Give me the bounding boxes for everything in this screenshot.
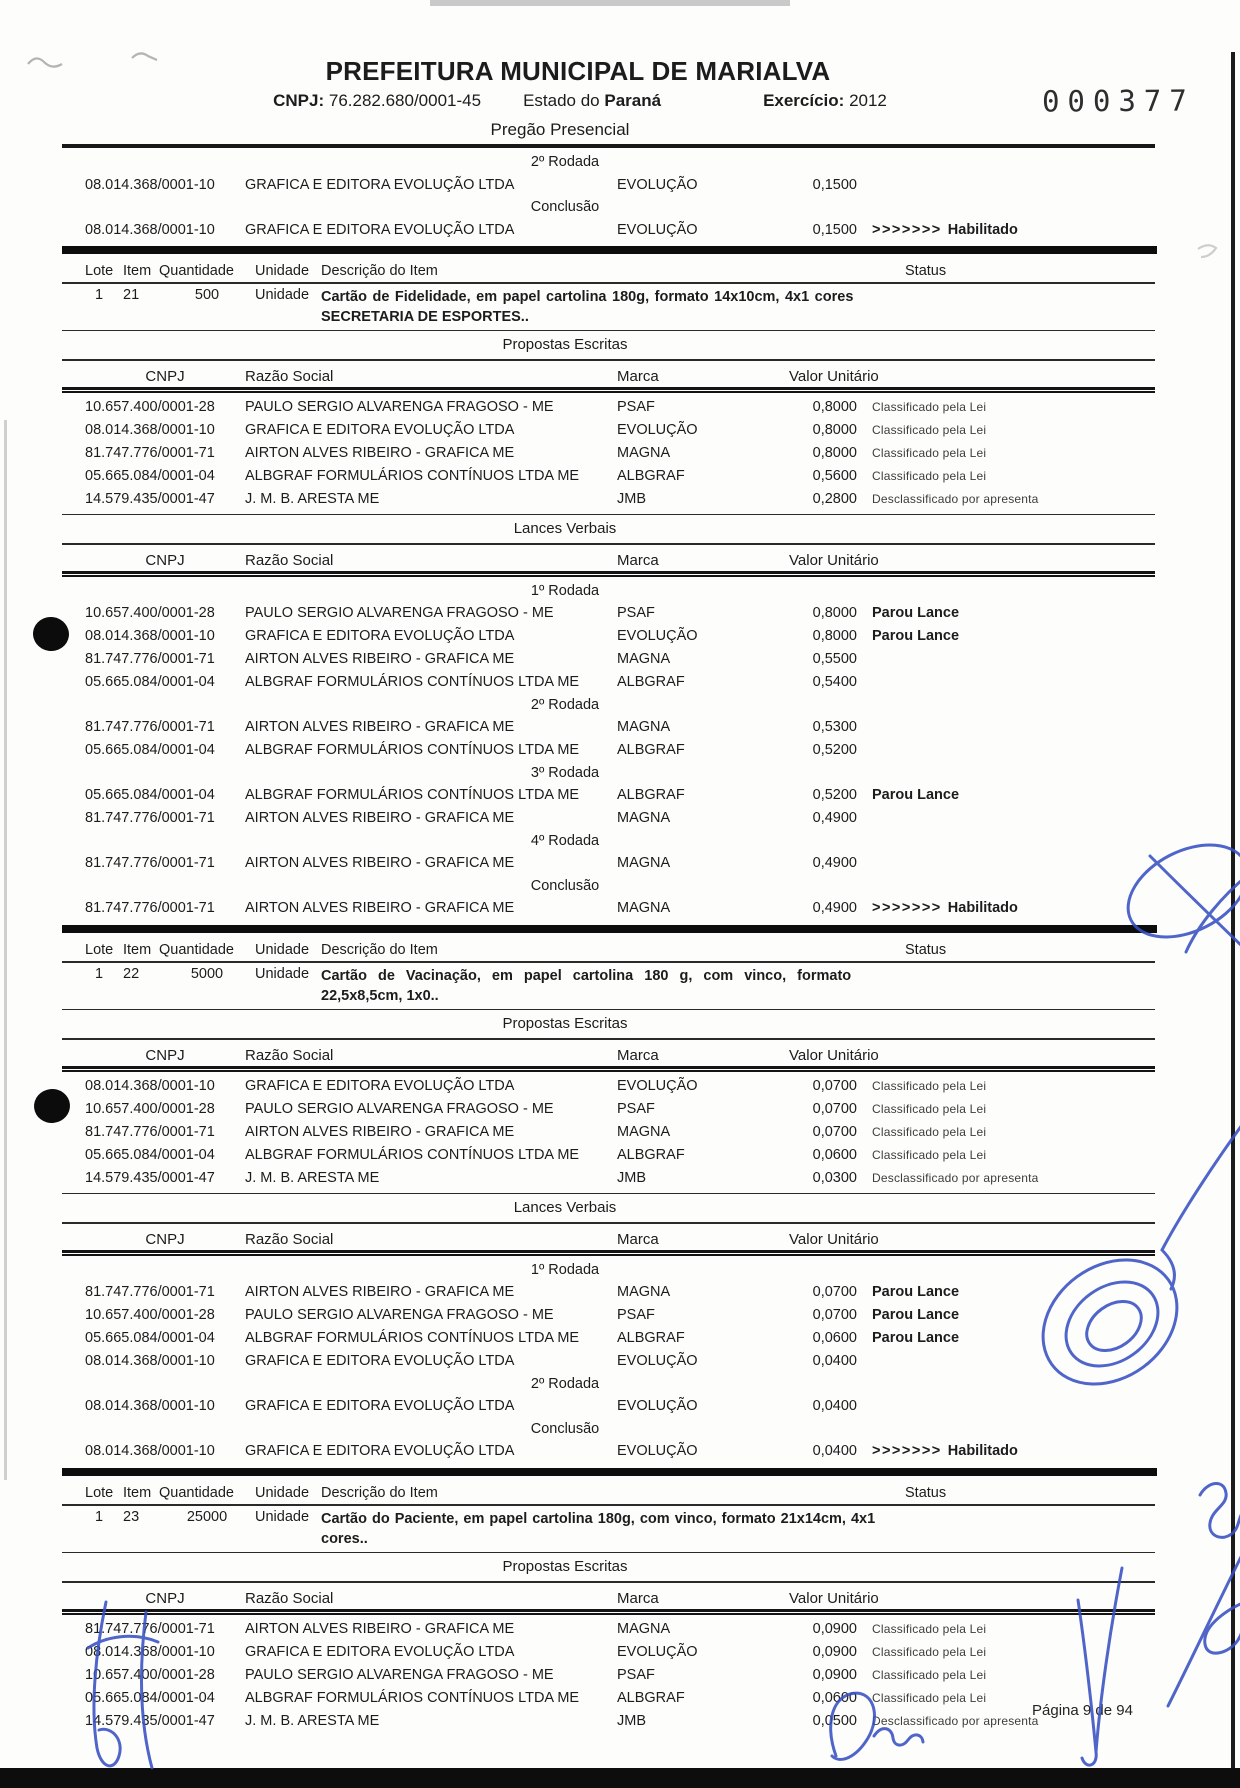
section-label-propostas-escritas: Propostas Escritas bbox=[85, 1013, 1045, 1035]
bid-table-header: CNPJ Razão Social Marca Valor Unitário bbox=[85, 1586, 1155, 1607]
rule bbox=[62, 514, 1155, 516]
document-content: PREFEITURA MUNICIPAL DE MARIALVA CNPJ: 7… bbox=[0, 0, 1240, 1733]
col-header-quantidade: Quantidade bbox=[159, 263, 255, 279]
bid-company-name: PAULO SERGIO ALVARENGA FRAGOSO - ME bbox=[245, 605, 617, 621]
bid-unit-value: 0,0600 bbox=[789, 1330, 857, 1346]
item-description-line: cores.. bbox=[321, 1529, 1155, 1549]
col-header-cnpj: CNPJ bbox=[85, 552, 245, 569]
round-label: 2º Rodada bbox=[85, 694, 1045, 716]
status-classification: Classificado pela Lei bbox=[872, 1668, 986, 1682]
col-header-marca: Marca bbox=[617, 368, 789, 385]
bid-row: 05.665.084/0001-04 ALBGRAF FORMULÁRIOS C… bbox=[85, 1687, 1155, 1710]
bid-status: Classificado pela Lei bbox=[872, 1667, 986, 1683]
col-header-item: Item bbox=[123, 263, 159, 279]
bid-brand: EVOLUÇÃO bbox=[617, 422, 789, 438]
round-label: 2º Rodada bbox=[85, 1373, 1045, 1395]
bid-row: 05.665.084/0001-04 ALBGRAF FORMULÁRIOS C… bbox=[85, 465, 1155, 488]
bid-unit-value: 0,1500 bbox=[789, 177, 857, 193]
bid-company-name: ALBGRAF FORMULÁRIOS CONTÍNUOS LTDA ME bbox=[245, 468, 617, 484]
bid-brand: EVOLUÇÃO bbox=[617, 1443, 789, 1459]
item-description: Cartão de Fidelidade, em papel cartolina… bbox=[321, 287, 1155, 327]
bid-unit-value: 0,0700 bbox=[789, 1101, 857, 1117]
bid-cnpj: 08.014.368/0001-10 bbox=[85, 422, 245, 438]
bid-row: 08.014.368/0001-10 GRAFICA E EDITORA EVO… bbox=[85, 1075, 1155, 1098]
bid-cnpj: 05.665.084/0001-04 bbox=[85, 1330, 245, 1346]
bid-row: 08.014.368/0001-10 GRAFICA E EDITORA EVO… bbox=[85, 1350, 1155, 1373]
status-parou-lance: Parou Lance bbox=[872, 605, 959, 621]
status-habilitado: Habilitado bbox=[948, 1443, 1018, 1459]
bid-status: Desclassificado por apresenta bbox=[872, 1170, 1039, 1186]
bid-status: Classificado pela Lei bbox=[872, 1147, 986, 1163]
header-info-line: CNPJ: 76.282.680/0001-45 Estado do Paran… bbox=[45, 91, 1115, 111]
rule bbox=[62, 1038, 1155, 1040]
section-divider bbox=[62, 1468, 1157, 1476]
col-header-item: Item bbox=[123, 1485, 159, 1501]
bid-cnpj: 14.579.435/0001-47 bbox=[85, 1713, 245, 1729]
bid-brand: EVOLUÇÃO bbox=[617, 1078, 789, 1094]
status-parou-lance: Parou Lance bbox=[872, 787, 959, 803]
bid-cnpj: 81.747.776/0001-71 bbox=[85, 810, 245, 826]
bid-cnpj: 08.014.368/0001-10 bbox=[85, 1644, 245, 1660]
item-table-header: Lote Item Quantidade Unidade Descrição d… bbox=[85, 259, 1155, 279]
bid-row: 10.657.400/0001-28 PAULO SERGIO ALVARENG… bbox=[85, 396, 1155, 419]
bid-cnpj: 08.014.368/0001-10 bbox=[85, 222, 245, 238]
bid-company-name: AIRTON ALVES RIBEIRO - GRAFICA ME bbox=[245, 1621, 617, 1637]
bid-table-header: CNPJ Razão Social Marca Valor Unitário bbox=[85, 1043, 1155, 1064]
double-rule bbox=[62, 387, 1155, 393]
bid-brand: MAGNA bbox=[617, 1621, 789, 1637]
bid-status: Parou Lance bbox=[872, 1284, 959, 1300]
bid-status: Classificado pela Lei bbox=[872, 1621, 986, 1637]
col-header-cnpj: CNPJ bbox=[85, 1590, 245, 1607]
bid-unit-value: 0,8000 bbox=[789, 605, 857, 621]
bid-unit-value: 0,0400 bbox=[789, 1443, 857, 1459]
bid-brand: ALBGRAF bbox=[617, 742, 789, 758]
item-unit: Unidade bbox=[255, 1509, 321, 1549]
bid-company-name: J. M. B. ARESTA ME bbox=[245, 491, 617, 507]
item-description: Cartão do Paciente, em papel cartolina 1… bbox=[321, 1509, 1155, 1549]
bid-row: 81.747.776/0001-71 AIRTON ALVES RIBEIRO … bbox=[85, 716, 1155, 739]
col-header-lote: Lote bbox=[85, 263, 123, 279]
status-parou-lance: Parou Lance bbox=[872, 628, 959, 644]
bid-unit-value: 0,0400 bbox=[789, 1353, 857, 1369]
col-header-razao-social: Razão Social bbox=[245, 1590, 617, 1607]
bid-company-name: GRAFICA E EDITORA EVOLUÇÃO LTDA bbox=[245, 177, 617, 193]
bid-status: Classificado pela Lei bbox=[872, 422, 986, 438]
item-quantity: 5000 bbox=[159, 966, 255, 1006]
bid-status: Classificado pela Lei bbox=[872, 399, 986, 415]
bid-unit-value: 0,1500 bbox=[789, 222, 857, 238]
scanned-document-page: PREFEITURA MUNICIPAL DE MARIALVA CNPJ: 7… bbox=[0, 0, 1240, 1788]
status-arrows: >>>>>>> bbox=[872, 900, 942, 916]
exercicio-field: Exercício: 2012 bbox=[763, 91, 887, 111]
double-rule bbox=[62, 1066, 1155, 1072]
bid-company-name: GRAFICA E EDITORA EVOLUÇÃO LTDA bbox=[245, 628, 617, 644]
section-divider bbox=[62, 246, 1157, 254]
bid-row: 14.579.435/0001-47 J. M. B. ARESTA ME JM… bbox=[85, 488, 1155, 511]
bid-company-name: ALBGRAF FORMULÁRIOS CONTÍNUOS LTDA ME bbox=[245, 1330, 617, 1346]
bid-cnpj: 10.657.400/0001-28 bbox=[85, 1101, 245, 1117]
rule bbox=[62, 1193, 1155, 1195]
bid-brand: ALBGRAF bbox=[617, 1330, 789, 1346]
bid-company-name: GRAFICA E EDITORA EVOLUÇÃO LTDA bbox=[245, 1078, 617, 1094]
item-unit: Unidade bbox=[255, 287, 321, 327]
item-block: Lote Item Quantidade Unidade Descrição d… bbox=[85, 246, 1155, 920]
bid-company-name: PAULO SERGIO ALVARENGA FRAGOSO - ME bbox=[245, 1667, 617, 1683]
section-divider bbox=[62, 925, 1157, 933]
round-label: Conclusão bbox=[85, 875, 1045, 897]
cnpj-field: CNPJ: 76.282.680/0001-45 bbox=[273, 91, 481, 111]
bid-row: 81.747.776/0001-71 AIRTON ALVES RIBEIRO … bbox=[85, 897, 1155, 920]
bid-brand: ALBGRAF bbox=[617, 787, 789, 803]
col-header-razao-social: Razão Social bbox=[245, 1047, 617, 1064]
bid-cnpj: 81.747.776/0001-71 bbox=[85, 855, 245, 871]
col-header-marca: Marca bbox=[617, 1047, 789, 1064]
bid-brand: PSAF bbox=[617, 1101, 789, 1117]
bid-unit-value: 0,5300 bbox=[789, 719, 857, 735]
col-header-razao-social: Razão Social bbox=[245, 368, 617, 385]
col-header-unidade: Unidade bbox=[255, 263, 321, 279]
bid-unit-value: 0,0600 bbox=[789, 1147, 857, 1163]
status-classification: Classificado pela Lei bbox=[872, 1622, 986, 1636]
bid-company-name: GRAFICA E EDITORA EVOLUÇÃO LTDA bbox=[245, 1443, 617, 1459]
bid-brand: EVOLUÇÃO bbox=[617, 1398, 789, 1414]
bid-company-name: GRAFICA E EDITORA EVOLUÇÃO LTDA bbox=[245, 222, 617, 238]
status-habilitado: Habilitado bbox=[948, 900, 1018, 916]
status-classification: Classificado pela Lei bbox=[872, 1125, 986, 1139]
bid-cnpj: 05.665.084/0001-04 bbox=[85, 674, 245, 690]
bid-unit-value: 0,4900 bbox=[789, 855, 857, 871]
bid-row: 10.657.400/0001-28 PAULO SERGIO ALVARENG… bbox=[85, 1098, 1155, 1121]
bid-brand: EVOLUÇÃO bbox=[617, 222, 789, 238]
bid-status: Classificado pela Lei bbox=[872, 1078, 986, 1094]
bid-brand: JMB bbox=[617, 1170, 789, 1186]
bid-status: Desclassificado por apresenta bbox=[872, 491, 1039, 507]
status-classification: Desclassificado por apresenta bbox=[872, 1171, 1039, 1185]
bid-row: 08.014.368/0001-10 GRAFICA E EDITORA EVO… bbox=[85, 419, 1155, 442]
bid-status: >>>>>>>Habilitado bbox=[872, 900, 1018, 916]
item-quantity: 500 bbox=[159, 287, 255, 327]
bid-cnpj: 05.665.084/0001-04 bbox=[85, 468, 245, 484]
bid-brand: EVOLUÇÃO bbox=[617, 628, 789, 644]
rule bbox=[62, 1222, 1155, 1224]
section-label-propostas-escritas: Propostas Escritas bbox=[85, 334, 1045, 356]
bid-status: Classificado pela Lei bbox=[872, 1690, 986, 1706]
rule bbox=[62, 1581, 1155, 1583]
bid-row: 81.747.776/0001-71 AIRTON ALVES RIBEIRO … bbox=[85, 1281, 1155, 1304]
bid-unit-value: 0,0700 bbox=[789, 1078, 857, 1094]
col-header-marca: Marca bbox=[617, 552, 789, 569]
bid-cnpj: 81.747.776/0001-71 bbox=[85, 445, 245, 461]
bid-row: 10.657.400/0001-28 PAULO SERGIO ALVARENG… bbox=[85, 602, 1155, 625]
bid-status: Parou Lance bbox=[872, 1330, 959, 1346]
col-header-razao-social: Razão Social bbox=[245, 1231, 617, 1248]
item-description-line: SECRETARIA DE ESPORTES.. bbox=[321, 307, 1155, 327]
rule bbox=[62, 282, 1155, 284]
bid-row: 81.747.776/0001-71 AIRTON ALVES RIBEIRO … bbox=[85, 1121, 1155, 1144]
bid-cnpj: 10.657.400/0001-28 bbox=[85, 1307, 245, 1323]
bid-unit-value: 0,0900 bbox=[789, 1667, 857, 1683]
col-header-quantidade: Quantidade bbox=[159, 942, 255, 958]
bid-table-header: CNPJ Razão Social Marca Valor Unitário bbox=[85, 364, 1155, 385]
bid-row: 05.665.084/0001-04 ALBGRAF FORMULÁRIOS C… bbox=[85, 784, 1155, 807]
bid-row: 08.014.368/0001-10 GRAFICA E EDITORA EVO… bbox=[85, 1440, 1155, 1463]
bid-unit-value: 0,5400 bbox=[789, 674, 857, 690]
bid-brand: PSAF bbox=[617, 1667, 789, 1683]
item-description-line: Cartão do Paciente, em papel cartolina 1… bbox=[321, 1509, 1155, 1529]
bid-status: >>>>>>>Habilitado bbox=[872, 1443, 1018, 1459]
bid-status: Parou Lance bbox=[872, 628, 959, 644]
bid-row: 08.014.368/0001-10 GRAFICA E EDITORA EVO… bbox=[85, 218, 1155, 241]
bid-status: >>>>>>>Habilitado bbox=[872, 222, 1018, 238]
bid-cnpj: 10.657.400/0001-28 bbox=[85, 605, 245, 621]
item-row: 1 23 25000 Unidade Cartão do Paciente, e… bbox=[85, 1509, 1155, 1549]
bid-company-name: GRAFICA E EDITORA EVOLUÇÃO LTDA bbox=[245, 1398, 617, 1414]
bid-cnpj: 14.579.435/0001-47 bbox=[85, 491, 245, 507]
bid-cnpj: 81.747.776/0001-71 bbox=[85, 651, 245, 667]
estado-field: Estado do Paraná bbox=[523, 91, 661, 111]
bid-unit-value: 0,0900 bbox=[789, 1621, 857, 1637]
bid-brand: ALBGRAF bbox=[617, 468, 789, 484]
status-classification: Classificado pela Lei bbox=[872, 1148, 986, 1162]
section-label-lances-verbais: Lances Verbais bbox=[85, 1197, 1045, 1219]
item-row: 1 22 5000 Unidade Cartão de Vacinação, e… bbox=[85, 966, 1155, 1006]
rule bbox=[62, 961, 1155, 963]
bid-company-name: AIRTON ALVES RIBEIRO - GRAFICA ME bbox=[245, 855, 617, 871]
item-quantity: 25000 bbox=[159, 1509, 255, 1549]
bid-company-name: AIRTON ALVES RIBEIRO - GRAFICA ME bbox=[245, 810, 617, 826]
bid-brand: MAGNA bbox=[617, 855, 789, 871]
bid-cnpj: 08.014.368/0001-10 bbox=[85, 628, 245, 644]
bid-cnpj: 08.014.368/0001-10 bbox=[85, 1353, 245, 1369]
col-header-marca: Marca bbox=[617, 1231, 789, 1248]
bid-brand: JMB bbox=[617, 491, 789, 507]
page-title: PREFEITURA MUNICIPAL DE MARIALVA bbox=[43, 56, 1113, 87]
bid-company-name: PAULO SERGIO ALVARENGA FRAGOSO - ME bbox=[245, 1101, 617, 1117]
item-description: Cartão de Vacinação, em papel cartolina … bbox=[321, 966, 1155, 1006]
status-classification: Desclassificado por apresenta bbox=[872, 1714, 1039, 1728]
bid-brand: PSAF bbox=[617, 605, 789, 621]
estado-prefix: Estado do bbox=[523, 91, 600, 110]
bid-cnpj: 08.014.368/0001-10 bbox=[85, 1443, 245, 1459]
bid-company-name: GRAFICA E EDITORA EVOLUÇÃO LTDA bbox=[245, 1644, 617, 1660]
bid-brand: ALBGRAF bbox=[617, 1147, 789, 1163]
bid-company-name: J. M. B. ARESTA ME bbox=[245, 1170, 617, 1186]
col-header-cnpj: CNPJ bbox=[85, 1231, 245, 1248]
status-classification: Classificado pela Lei bbox=[872, 400, 986, 414]
rule bbox=[62, 1009, 1155, 1011]
bid-cnpj: 08.014.368/0001-10 bbox=[85, 1398, 245, 1414]
rule bbox=[62, 1504, 1155, 1506]
bid-brand: MAGNA bbox=[617, 651, 789, 667]
double-rule bbox=[62, 1250, 1155, 1256]
col-header-unidade: Unidade bbox=[255, 942, 321, 958]
bid-brand: ALBGRAF bbox=[617, 1690, 789, 1706]
status-arrows: >>>>>>> bbox=[872, 222, 942, 238]
status-classification: Classificado pela Lei bbox=[872, 446, 986, 460]
bid-cnpj: 05.665.084/0001-04 bbox=[85, 787, 245, 803]
col-header-valor-unitario: Valor Unitário bbox=[789, 1231, 1009, 1248]
bid-unit-value: 0,0700 bbox=[789, 1124, 857, 1140]
col-header-valor-unitario: Valor Unitário bbox=[789, 1047, 1009, 1064]
bid-table-header: CNPJ Razão Social Marca Valor Unitário bbox=[85, 1227, 1155, 1248]
bid-cnpj: 81.747.776/0001-71 bbox=[85, 1621, 245, 1637]
col-header-razao-social: Razão Social bbox=[245, 552, 617, 569]
bid-company-name: ALBGRAF FORMULÁRIOS CONTÍNUOS LTDA ME bbox=[245, 742, 617, 758]
item-row: 1 21 500 Unidade Cartão de Fidelidade, e… bbox=[85, 287, 1155, 327]
bid-status: Classificado pela Lei bbox=[872, 468, 986, 484]
round-label: 1º Rodada bbox=[85, 580, 1045, 602]
bid-brand: EVOLUÇÃO bbox=[617, 1353, 789, 1369]
bid-cnpj: 81.747.776/0001-71 bbox=[85, 1284, 245, 1300]
status-classification: Desclassificado por apresenta bbox=[872, 492, 1039, 506]
bid-row: 81.747.776/0001-71 AIRTON ALVES RIBEIRO … bbox=[85, 648, 1155, 671]
bid-brand: MAGNA bbox=[617, 445, 789, 461]
bid-blocks: 2º Rodada 08.014.368/0001-10 GRAFICA E E… bbox=[85, 151, 1155, 1733]
bid-cnpj: 10.657.400/0001-28 bbox=[85, 399, 245, 415]
exercicio-value: 2012 bbox=[849, 91, 887, 110]
col-header-status: Status bbox=[905, 1485, 1155, 1501]
double-rule bbox=[62, 571, 1155, 577]
rule bbox=[62, 543, 1155, 545]
bid-cnpj: 81.747.776/0001-71 bbox=[85, 900, 245, 916]
status-parou-lance: Parou Lance bbox=[872, 1330, 959, 1346]
bid-row: 05.665.084/0001-04 ALBGRAF FORMULÁRIOS C… bbox=[85, 1144, 1155, 1167]
status-classification: Classificado pela Lei bbox=[872, 1691, 986, 1705]
col-header-unidade: Unidade bbox=[255, 1485, 321, 1501]
col-header-marca: Marca bbox=[617, 1590, 789, 1607]
item-lote: 1 bbox=[85, 1509, 123, 1549]
item-lote: 1 bbox=[85, 966, 123, 1006]
status-habilitado: Habilitado bbox=[948, 222, 1018, 238]
sequence-stamp: 000377 bbox=[1042, 83, 1195, 118]
bid-unit-value: 0,5200 bbox=[789, 742, 857, 758]
col-header-descricao: Descrição do Item bbox=[321, 942, 905, 958]
section-label-propostas-escritas: Propostas Escritas bbox=[85, 1556, 1045, 1578]
bid-brand: JMB bbox=[617, 1713, 789, 1729]
bid-unit-value: 0,5200 bbox=[789, 787, 857, 803]
bid-row: 81.747.776/0001-71 AIRTON ALVES RIBEIRO … bbox=[85, 442, 1155, 465]
status-classification: Classificado pela Lei bbox=[872, 1102, 986, 1116]
bid-unit-value: 0,0700 bbox=[789, 1284, 857, 1300]
bid-row: 05.665.084/0001-04 ALBGRAF FORMULÁRIOS C… bbox=[85, 1327, 1155, 1350]
bid-row: 81.747.776/0001-71 AIRTON ALVES RIBEIRO … bbox=[85, 1618, 1155, 1641]
bid-brand: EVOLUÇÃO bbox=[617, 1644, 789, 1660]
bid-unit-value: 0,4900 bbox=[789, 810, 857, 826]
bid-brand: MAGNA bbox=[617, 1284, 789, 1300]
col-header-descricao: Descrição do Item bbox=[321, 263, 905, 279]
col-header-cnpj: CNPJ bbox=[85, 1047, 245, 1064]
bid-company-name: AIRTON ALVES RIBEIRO - GRAFICA ME bbox=[245, 445, 617, 461]
bid-cnpj: 08.014.368/0001-10 bbox=[85, 1078, 245, 1094]
header-rule bbox=[62, 144, 1155, 148]
estado-value: Paraná bbox=[604, 91, 661, 110]
status-classification: Classificado pela Lei bbox=[872, 1645, 986, 1659]
col-header-lote: Lote bbox=[85, 942, 123, 958]
bid-company-name: AIRTON ALVES RIBEIRO - GRAFICA ME bbox=[245, 719, 617, 735]
double-rule bbox=[62, 1609, 1155, 1615]
round-label: Conclusão bbox=[85, 196, 1045, 218]
col-header-valor-unitario: Valor Unitário bbox=[789, 552, 1009, 569]
status-classification: Classificado pela Lei bbox=[872, 1079, 986, 1093]
status-parou-lance: Parou Lance bbox=[872, 1284, 959, 1300]
bid-cnpj: 10.657.400/0001-28 bbox=[85, 1667, 245, 1683]
bid-row: 14.579.435/0001-47 J. M. B. ARESTA ME JM… bbox=[85, 1710, 1155, 1733]
item-block: Lote Item Quantidade Unidade Descrição d… bbox=[85, 1468, 1155, 1733]
item-number: 23 bbox=[123, 1509, 159, 1549]
bid-row: 05.665.084/0001-04 ALBGRAF FORMULÁRIOS C… bbox=[85, 739, 1155, 762]
bid-status: Classificado pela Lei bbox=[872, 1101, 986, 1117]
bid-brand: EVOLUÇÃO bbox=[617, 177, 789, 193]
bid-cnpj: 05.665.084/0001-04 bbox=[85, 1690, 245, 1706]
bid-status: Classificado pela Lei bbox=[872, 1124, 986, 1140]
bid-company-name: AIRTON ALVES RIBEIRO - GRAFICA ME bbox=[245, 900, 617, 916]
bid-unit-value: 0,4900 bbox=[789, 900, 857, 916]
bid-row: 08.014.368/0001-10 GRAFICA E EDITORA EVO… bbox=[85, 625, 1155, 648]
item-table-header: Lote Item Quantidade Unidade Descrição d… bbox=[85, 938, 1155, 958]
col-header-descricao: Descrição do Item bbox=[321, 1485, 905, 1501]
bid-status: Classificado pela Lei bbox=[872, 445, 986, 461]
cnpj-value: 76.282.680/0001-45 bbox=[329, 91, 481, 110]
col-header-item: Item bbox=[123, 942, 159, 958]
col-header-lote: Lote bbox=[85, 1485, 123, 1501]
bid-row: 08.014.368/0001-10 GRAFICA E EDITORA EVO… bbox=[85, 173, 1155, 196]
bid-company-name: ALBGRAF FORMULÁRIOS CONTÍNUOS LTDA ME bbox=[245, 674, 617, 690]
bid-table-header: CNPJ Razão Social Marca Valor Unitário bbox=[85, 548, 1155, 569]
bid-brand: ALBGRAF bbox=[617, 674, 789, 690]
bid-row: 08.014.368/0001-10 GRAFICA E EDITORA EVO… bbox=[85, 1395, 1155, 1418]
bid-status: Parou Lance bbox=[872, 605, 959, 621]
item-table-header: Lote Item Quantidade Unidade Descrição d… bbox=[85, 1481, 1155, 1501]
bid-unit-value: 0,0400 bbox=[789, 1398, 857, 1414]
bid-company-name: ALBGRAF FORMULÁRIOS CONTÍNUOS LTDA ME bbox=[245, 787, 617, 803]
bid-row: 08.014.368/0001-10 GRAFICA E EDITORA EVO… bbox=[85, 1641, 1155, 1664]
item-block: Lote Item Quantidade Unidade Descrição d… bbox=[85, 925, 1155, 1463]
item-description-line: Cartão de Vacinação, em papel cartolina … bbox=[321, 966, 1155, 986]
scan-bottom-bar bbox=[0, 1768, 1240, 1788]
bid-unit-value: 0,8000 bbox=[789, 628, 857, 644]
bid-company-name: AIRTON ALVES RIBEIRO - GRAFICA ME bbox=[245, 1284, 617, 1300]
bid-row: 10.657.400/0001-28 PAULO SERGIO ALVARENG… bbox=[85, 1664, 1155, 1687]
item-lote: 1 bbox=[85, 287, 123, 327]
bid-company-name: AIRTON ALVES RIBEIRO - GRAFICA ME bbox=[245, 1124, 617, 1140]
document-subtitle: Pregão Presencial bbox=[25, 120, 1095, 140]
bid-status: Classificado pela Lei bbox=[872, 1644, 986, 1660]
bid-brand: PSAF bbox=[617, 399, 789, 415]
bid-unit-value: 0,0600 bbox=[789, 1690, 857, 1706]
bid-row: 81.747.776/0001-71 AIRTON ALVES RIBEIRO … bbox=[85, 852, 1155, 875]
bid-cnpj: 14.579.435/0001-47 bbox=[85, 1170, 245, 1186]
bid-brand: MAGNA bbox=[617, 900, 789, 916]
bid-company-name: PAULO SERGIO ALVARENGA FRAGOSO - ME bbox=[245, 1307, 617, 1323]
round-label: 2º Rodada bbox=[85, 151, 1045, 173]
bid-status: Parou Lance bbox=[872, 1307, 959, 1323]
bid-cnpj: 81.747.776/0001-71 bbox=[85, 719, 245, 735]
bid-unit-value: 0,8000 bbox=[789, 422, 857, 438]
round-label: Conclusão bbox=[85, 1418, 1045, 1440]
bid-row: 14.579.435/0001-47 J. M. B. ARESTA ME JM… bbox=[85, 1167, 1155, 1190]
bid-status: Desclassificado por apresenta bbox=[872, 1713, 1039, 1729]
col-header-valor-unitario: Valor Unitário bbox=[789, 1590, 1009, 1607]
round-label: 4º Rodada bbox=[85, 830, 1045, 852]
status-arrows: >>>>>>> bbox=[872, 1443, 942, 1459]
bid-unit-value: 0,5600 bbox=[789, 468, 857, 484]
bid-brand: MAGNA bbox=[617, 719, 789, 735]
section-label-lances-verbais: Lances Verbais bbox=[85, 518, 1045, 540]
bid-company-name: GRAFICA E EDITORA EVOLUÇÃO LTDA bbox=[245, 422, 617, 438]
bid-cnpj: 81.747.776/0001-71 bbox=[85, 1124, 245, 1140]
bid-unit-value: 0,8000 bbox=[789, 399, 857, 415]
